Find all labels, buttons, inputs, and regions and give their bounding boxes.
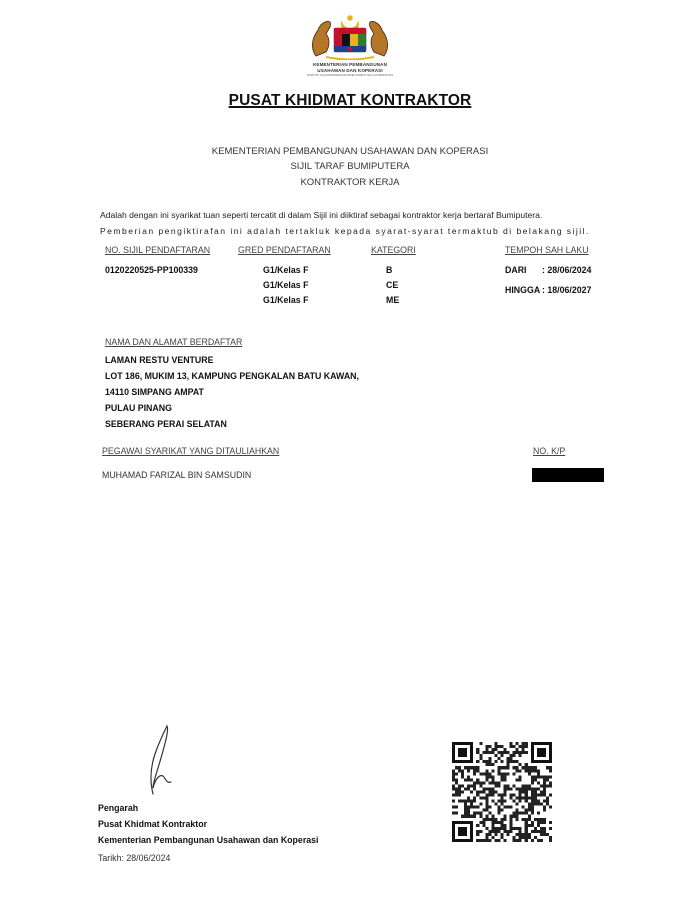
certificate-type: SIJIL TARAF BUMIPUTERA [150,161,550,172]
recognition-paragraph: Adalah dengan ini syarikat tuan seperti … [100,210,542,220]
coat-of-arms-logo [296,12,404,60]
ministry-name: KEMENTERIAN PEMBANGUNAN USAHAWAN DAN KOP… [150,146,550,157]
qr-code [452,742,552,842]
kategori-value: CE [386,280,398,290]
kategori-value: ME [386,295,399,305]
ministry-logo-line-2: USAHAWAN DAN KOPERASI [270,68,430,73]
validity-to-value: : 18/06/2027 [542,285,591,295]
company-address-line: 14110 SIMPANG AMPAT [105,387,204,397]
kategori-value: B [386,265,392,275]
validity-to-label: HINGGA [505,285,540,295]
officer-name: MUHAMAD FARIZAL BIN SAMSUDIN [102,470,251,480]
company-name: LAMAN RESTU VENTURE [105,355,214,365]
company-address-line: PULAU PINANG [105,403,172,413]
validity-from-value: : 28/06/2024 [542,265,591,275]
contractor-type: KONTRAKTOR KERJA [150,177,550,188]
signatory-department: Pusat Khidmat Kontraktor [98,819,207,829]
registration-number: 0120220525-PP100339 [105,265,198,275]
company-address-line: LOT 186, MUKIM 13, KAMPUNG PENGKALAN BAT… [105,371,359,381]
company-header: NAMA DAN ALAMAT BERDAFTAR [105,337,242,347]
header-no-sijil: NO. SIJIL PENDAFTARAN [105,245,210,255]
gred-value: G1/Kelas F [263,265,308,275]
header-tempoh: TEMPOH SAH LAKU [505,245,589,255]
gred-value: G1/Kelas F [263,295,308,305]
conditions-paragraph: Pemberian pengiktirafan ini adalah terta… [100,226,590,236]
id-number-header: NO. K/P [533,446,565,456]
header-kategori: KATEGORI [371,245,416,255]
validity-from-label: DARI [505,265,527,275]
document-title: PUSAT KHIDMAT KONTRAKTOR [150,92,550,110]
company-address-line: SEBERANG PERAI SELATAN [105,419,227,429]
ministry-logo-line-1: KEMENTERIAN PEMBANGUNAN [270,62,430,67]
issue-date: Tarikh: 28/06/2024 [98,853,170,863]
gred-value: G1/Kelas F [263,280,308,290]
officer-header: PEGAWAI SYARIKAT YANG DITAULIAHKAN [102,446,279,456]
ministry-logo-english: MINISTRY OF ENTREPRENEUR DEVELOPMENT AND… [270,74,430,77]
redacted-id-number [532,468,604,482]
signature [125,720,195,800]
signatory-ministry: Kementerian Pembangunan Usahawan dan Kop… [98,835,318,845]
signatory-title: Pengarah [98,803,138,813]
header-gred: GRED PENDAFTARAN [238,245,331,255]
